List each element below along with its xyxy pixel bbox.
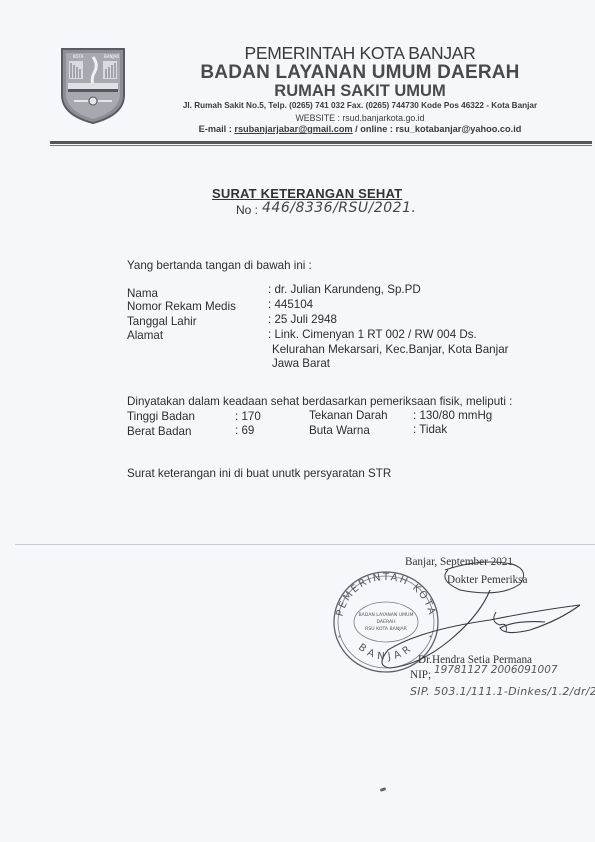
email-label: E-mail : — [199, 124, 235, 134]
agency-name: BADAN LAYANAN UMUM DAERAH — [140, 62, 580, 84]
exam-value-tekanan: : 130/80 mmHg — [413, 409, 492, 422]
field-value-alamat: : Link. Cimenyan 1 RT 002 / RW 004 Ds. — [268, 328, 477, 341]
online-email-link[interactable]: rsu_kotabanjar@yahoo.co.id — [395, 124, 521, 134]
email-link[interactable]: rsubanjarjabar@gmail.com — [234, 124, 352, 134]
exam-label-berat: Berat Badan — [127, 425, 191, 438]
field-value-rekam-medis: : 445104 — [268, 298, 313, 311]
exam-label-buta-warna: Buta Warna — [309, 424, 370, 437]
scan-speck — [380, 787, 387, 792]
email-line: E-mail : rsubanjarjabar@gmail.com / onli… — [140, 124, 580, 134]
website-line: WEBSITE : rsud.banjarkota.go.id — [140, 113, 580, 123]
signatory-nip-value: 19781127 2006091007 — [434, 664, 558, 676]
field-label-nama: Nama — [127, 287, 158, 300]
svg-text:BANJAR: BANJAR — [356, 642, 416, 663]
letterhead-divider-thin — [50, 145, 592, 146]
exam-intro: Dinyatakan dalam keadaan sehat berdasark… — [127, 395, 512, 408]
svg-text:BANJAR: BANJAR — [104, 54, 119, 59]
svg-text:KOTA: KOTA — [73, 54, 84, 59]
hospital-name: RUMAH SAKIT UMUM — [140, 82, 580, 101]
closing-text: Surat keterangan ini di buat unutk persy… — [127, 467, 391, 480]
hospital-address: Jl. Rumah Sakit No.5, Telp. (0265) 741 0… — [140, 101, 580, 110]
city-logo: KOTA BANJAR — [58, 43, 128, 125]
svg-text:DAERAH: DAERAH — [376, 619, 395, 625]
svg-text:RSU KOTA BANJAR: RSU KOTA BANJAR — [365, 626, 408, 632]
website-link[interactable]: rsud.banjarkota.go.id — [342, 113, 424, 123]
field-label-alamat: Alamat — [127, 329, 163, 342]
field-label-tanggal-lahir: Tanggal Lahir — [127, 315, 197, 328]
signature-role: Dokter Pemeriksa — [447, 574, 527, 586]
online-label: / online : — [353, 124, 396, 134]
intro-text: Yang bertanda tangan di bawah ini : — [127, 259, 312, 272]
government-name: PEMERINTAH KOTA BANJAR — [140, 43, 580, 64]
svg-text:*: * — [429, 635, 432, 642]
field-value-alamat-line3: Jawa Barat — [272, 357, 330, 370]
website-label: WEBSITE : — [295, 113, 342, 123]
exam-label-tinggi: Tinggi Badan — [127, 410, 195, 423]
exam-value-tinggi: : 170 — [235, 410, 261, 423]
document-number-handwritten: 446/8336/RSU/2021. — [262, 200, 416, 216]
signatory-nip-label: NIP; — [410, 669, 431, 681]
field-value-tanggal-lahir: : 25 Juli 2948 — [268, 313, 337, 326]
page-fold-line — [15, 544, 595, 545]
field-label-rekam-medis: Nomor Rekam Medis — [127, 300, 236, 313]
exam-value-berat: : 69 — [235, 424, 254, 437]
document-title: SURAT KETERANGAN SEHAT — [212, 186, 402, 201]
signatory-sip: SIP. 503.1/111.1-Dinkes/1.2/dr/2 — [410, 685, 595, 698]
exam-value-buta-warna: : Tidak — [413, 423, 447, 436]
exam-label-tekanan: Tekanan Darah — [309, 409, 388, 422]
field-value-alamat-line2: Kelurahan Mekarsari, Kec.Banjar, Kota Ba… — [272, 343, 509, 356]
svg-text:BADAN LAYANAN UMUM: BADAN LAYANAN UMUM — [359, 612, 414, 618]
field-value-nama: : dr. Julian Karundeng, Sp.PD — [268, 283, 421, 296]
svg-text:PEMERINTAH KOTA: PEMERINTAH KOTA — [335, 572, 438, 618]
svg-text:*: * — [338, 635, 341, 642]
letterhead-divider — [50, 141, 592, 144]
document-number-label: No : — [236, 203, 258, 217]
